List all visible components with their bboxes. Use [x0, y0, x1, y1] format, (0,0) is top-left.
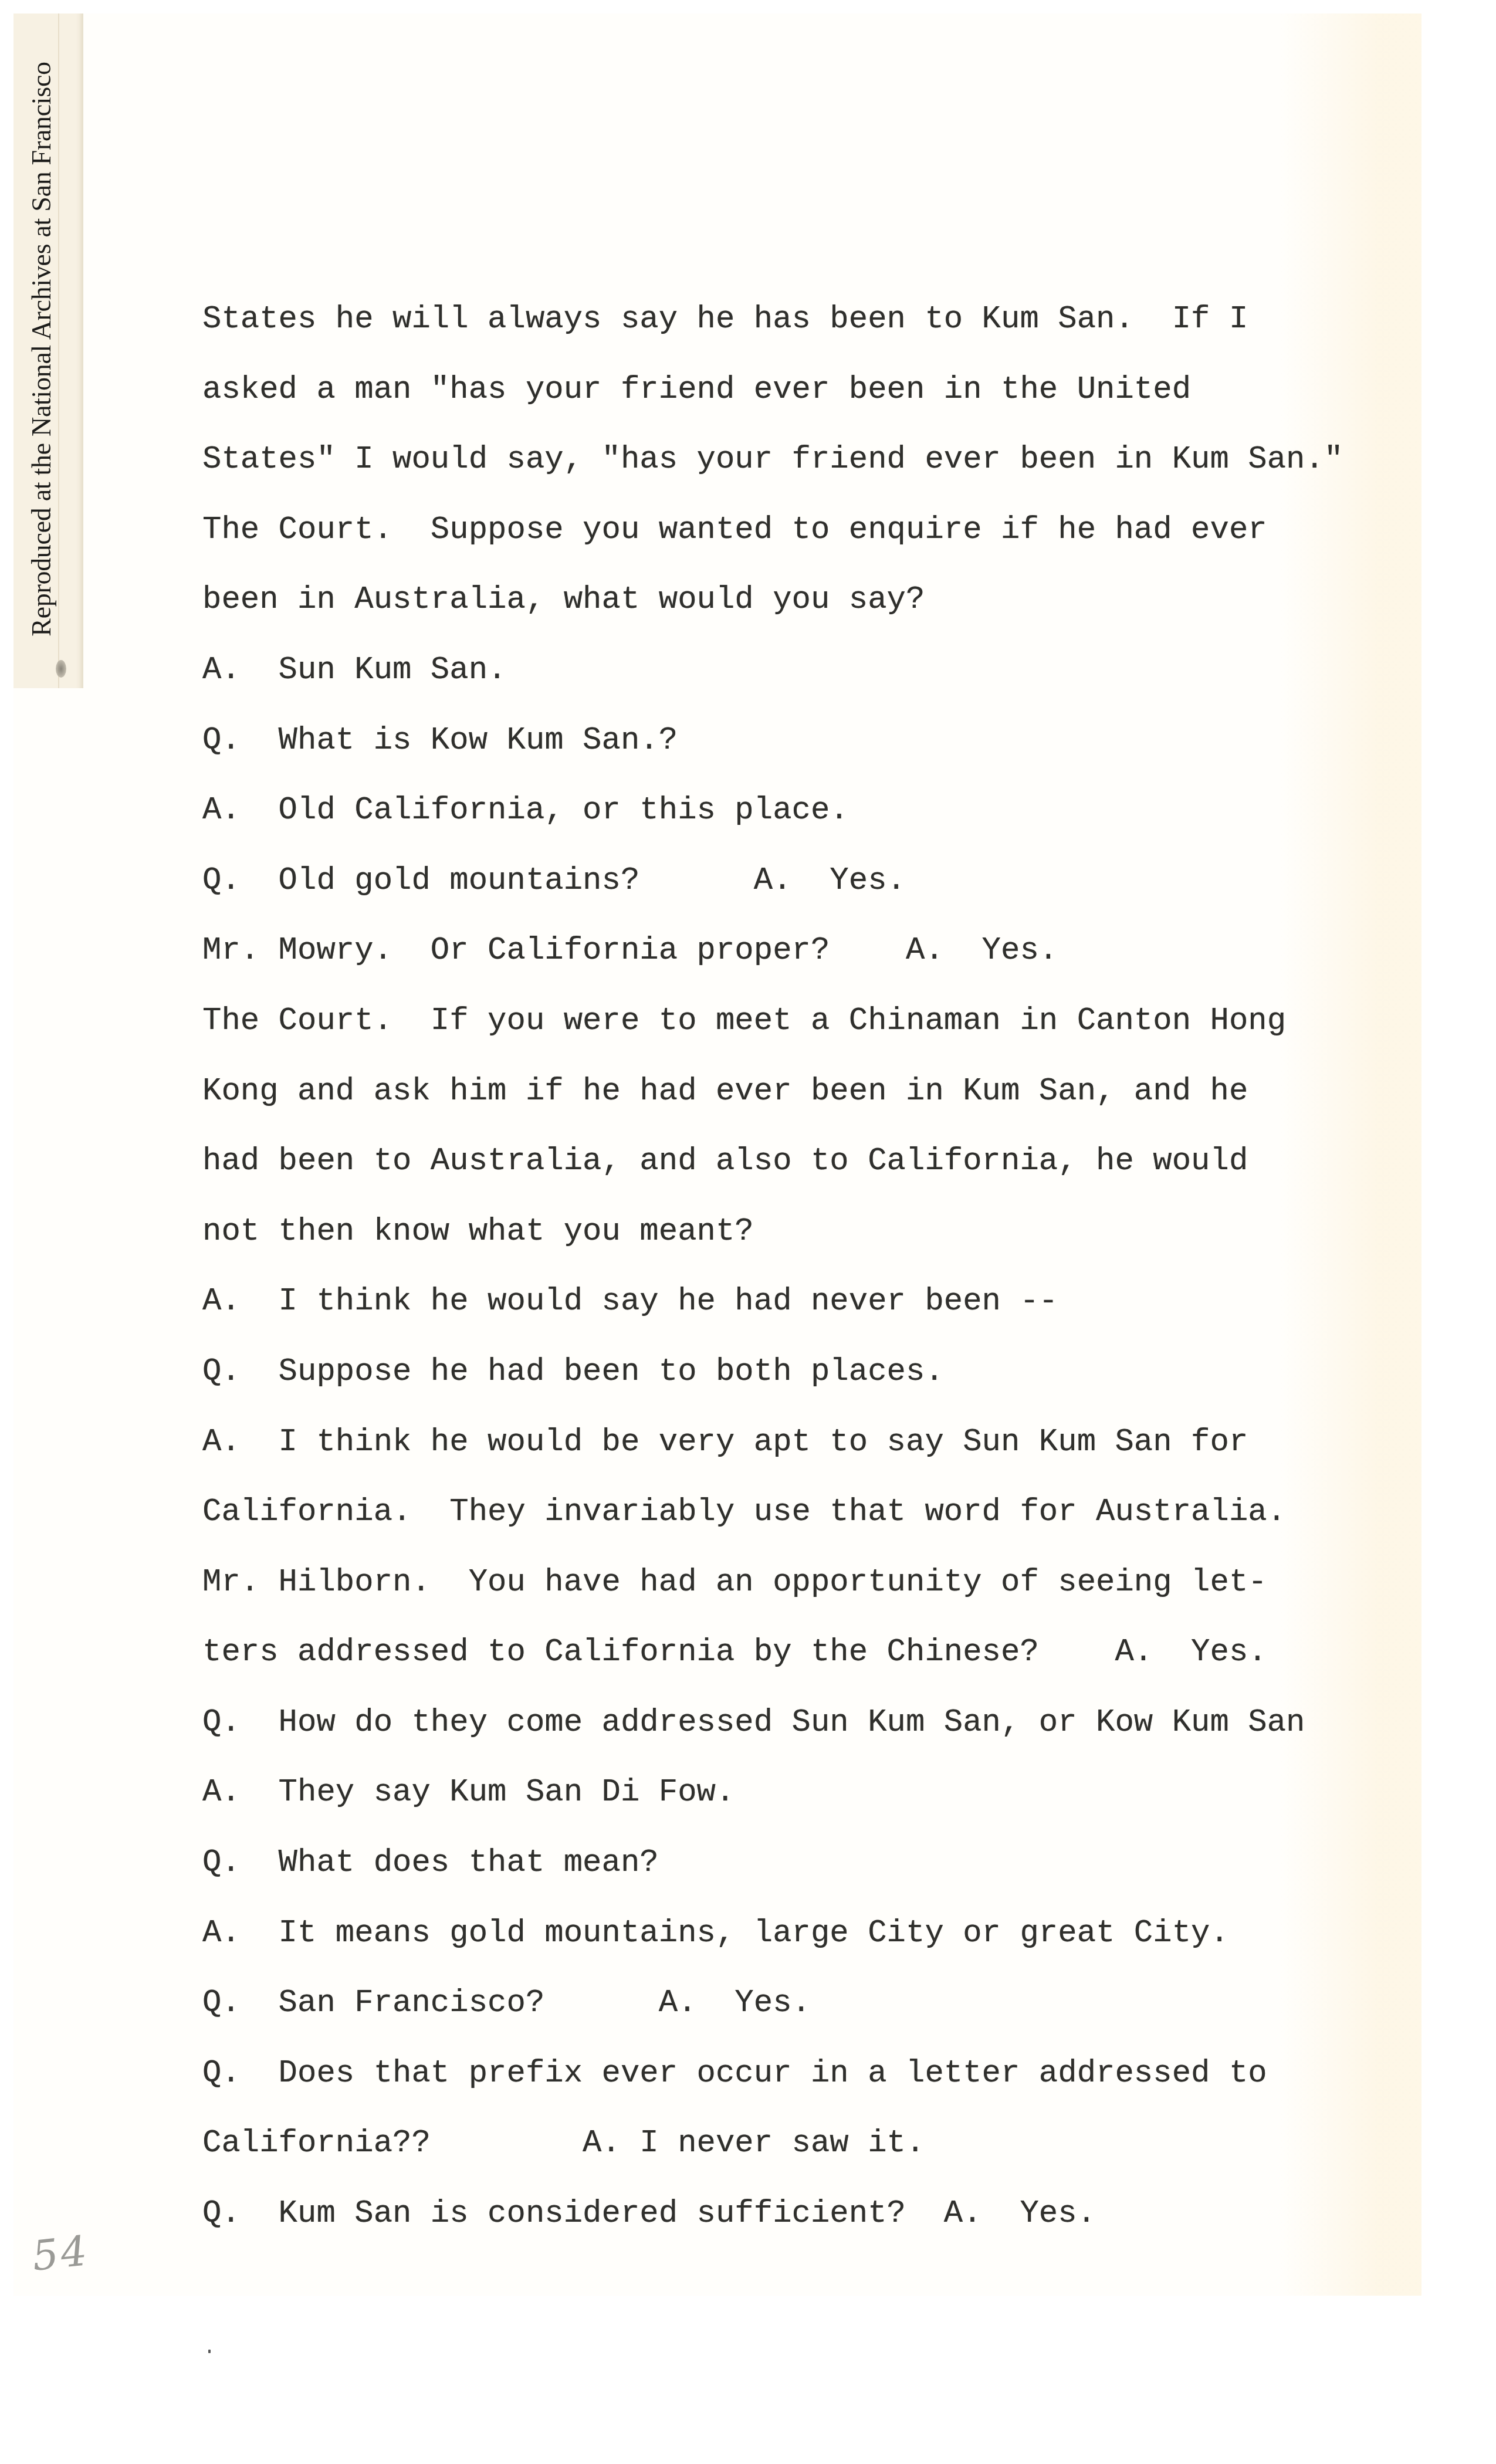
transcript-line: asked a man "has your friend ever been i…: [202, 355, 1343, 425]
transcript-line: States he will always say he has been to…: [202, 285, 1343, 355]
transcript-body: States he will always say he has been to…: [202, 285, 1343, 2249]
transcript-line: A. They say Kum San Di Fow.: [202, 1758, 1343, 1828]
transcript-line: been in Australia, what would you say?: [202, 565, 1343, 635]
transcript-line: A. Sun Kum San.: [202, 635, 1343, 706]
staple-mark-icon: [56, 660, 66, 678]
transcript-line: not then know what you meant?: [202, 1197, 1343, 1267]
transcript-line: Q. San Francisco? A. Yes.: [202, 1968, 1343, 2039]
transcript-line: California. They invariably use that wor…: [202, 1477, 1343, 1548]
transcript-line: ters addressed to California by the Chin…: [202, 1617, 1343, 1688]
archive-label: Reproduced at the National Archives at S…: [26, 62, 57, 637]
dust-speck: [208, 2350, 211, 2353]
transcript-line: had been to Australia, and also to Calif…: [202, 1126, 1343, 1197]
strip-fold-line: [58, 13, 59, 688]
transcript-line: Q. What does that mean?: [202, 1828, 1343, 1898]
transcript-line: Q. Kum San is considered sufficient? A. …: [202, 2179, 1343, 2249]
transcript-line: Q. Suppose he had been to both places.: [202, 1337, 1343, 1407]
transcript-line: A. It means gold mountains, large City o…: [202, 1898, 1343, 1969]
transcript-line: Q. How do they come addressed Sun Kum Sa…: [202, 1688, 1343, 1758]
transcript-line: Q. What is Kow Kum San.?: [202, 706, 1343, 776]
transcript-line: States" I would say, "has your friend ev…: [202, 425, 1343, 495]
transcript-line: A. I think he would be very apt to say S…: [202, 1407, 1343, 1478]
transcript-line: Kong and ask him if he had ever been in …: [202, 1057, 1343, 1127]
transcript-line: Mr. Mowry. Or California proper? A. Yes.: [202, 916, 1343, 986]
transcript-line: California?? A. I never saw it.: [202, 2108, 1343, 2179]
transcript-line: Q. Does that prefix ever occur in a lett…: [202, 2039, 1343, 2109]
transcript-line: A. I think he would say he had never bee…: [202, 1267, 1343, 1337]
transcript-line: Q. Old gold mountains? A. Yes.: [202, 846, 1343, 916]
transcript-line: Mr. Hilborn. You have had an opportunity…: [202, 1548, 1343, 1618]
transcript-line: The Court. If you were to meet a Chinama…: [202, 986, 1343, 1057]
transcript-line: The Court. Suppose you wanted to enquire…: [202, 495, 1343, 566]
transcript-line: A. Old California, or this place.: [202, 776, 1343, 846]
handwritten-page-number: 54: [30, 2226, 92, 2280]
